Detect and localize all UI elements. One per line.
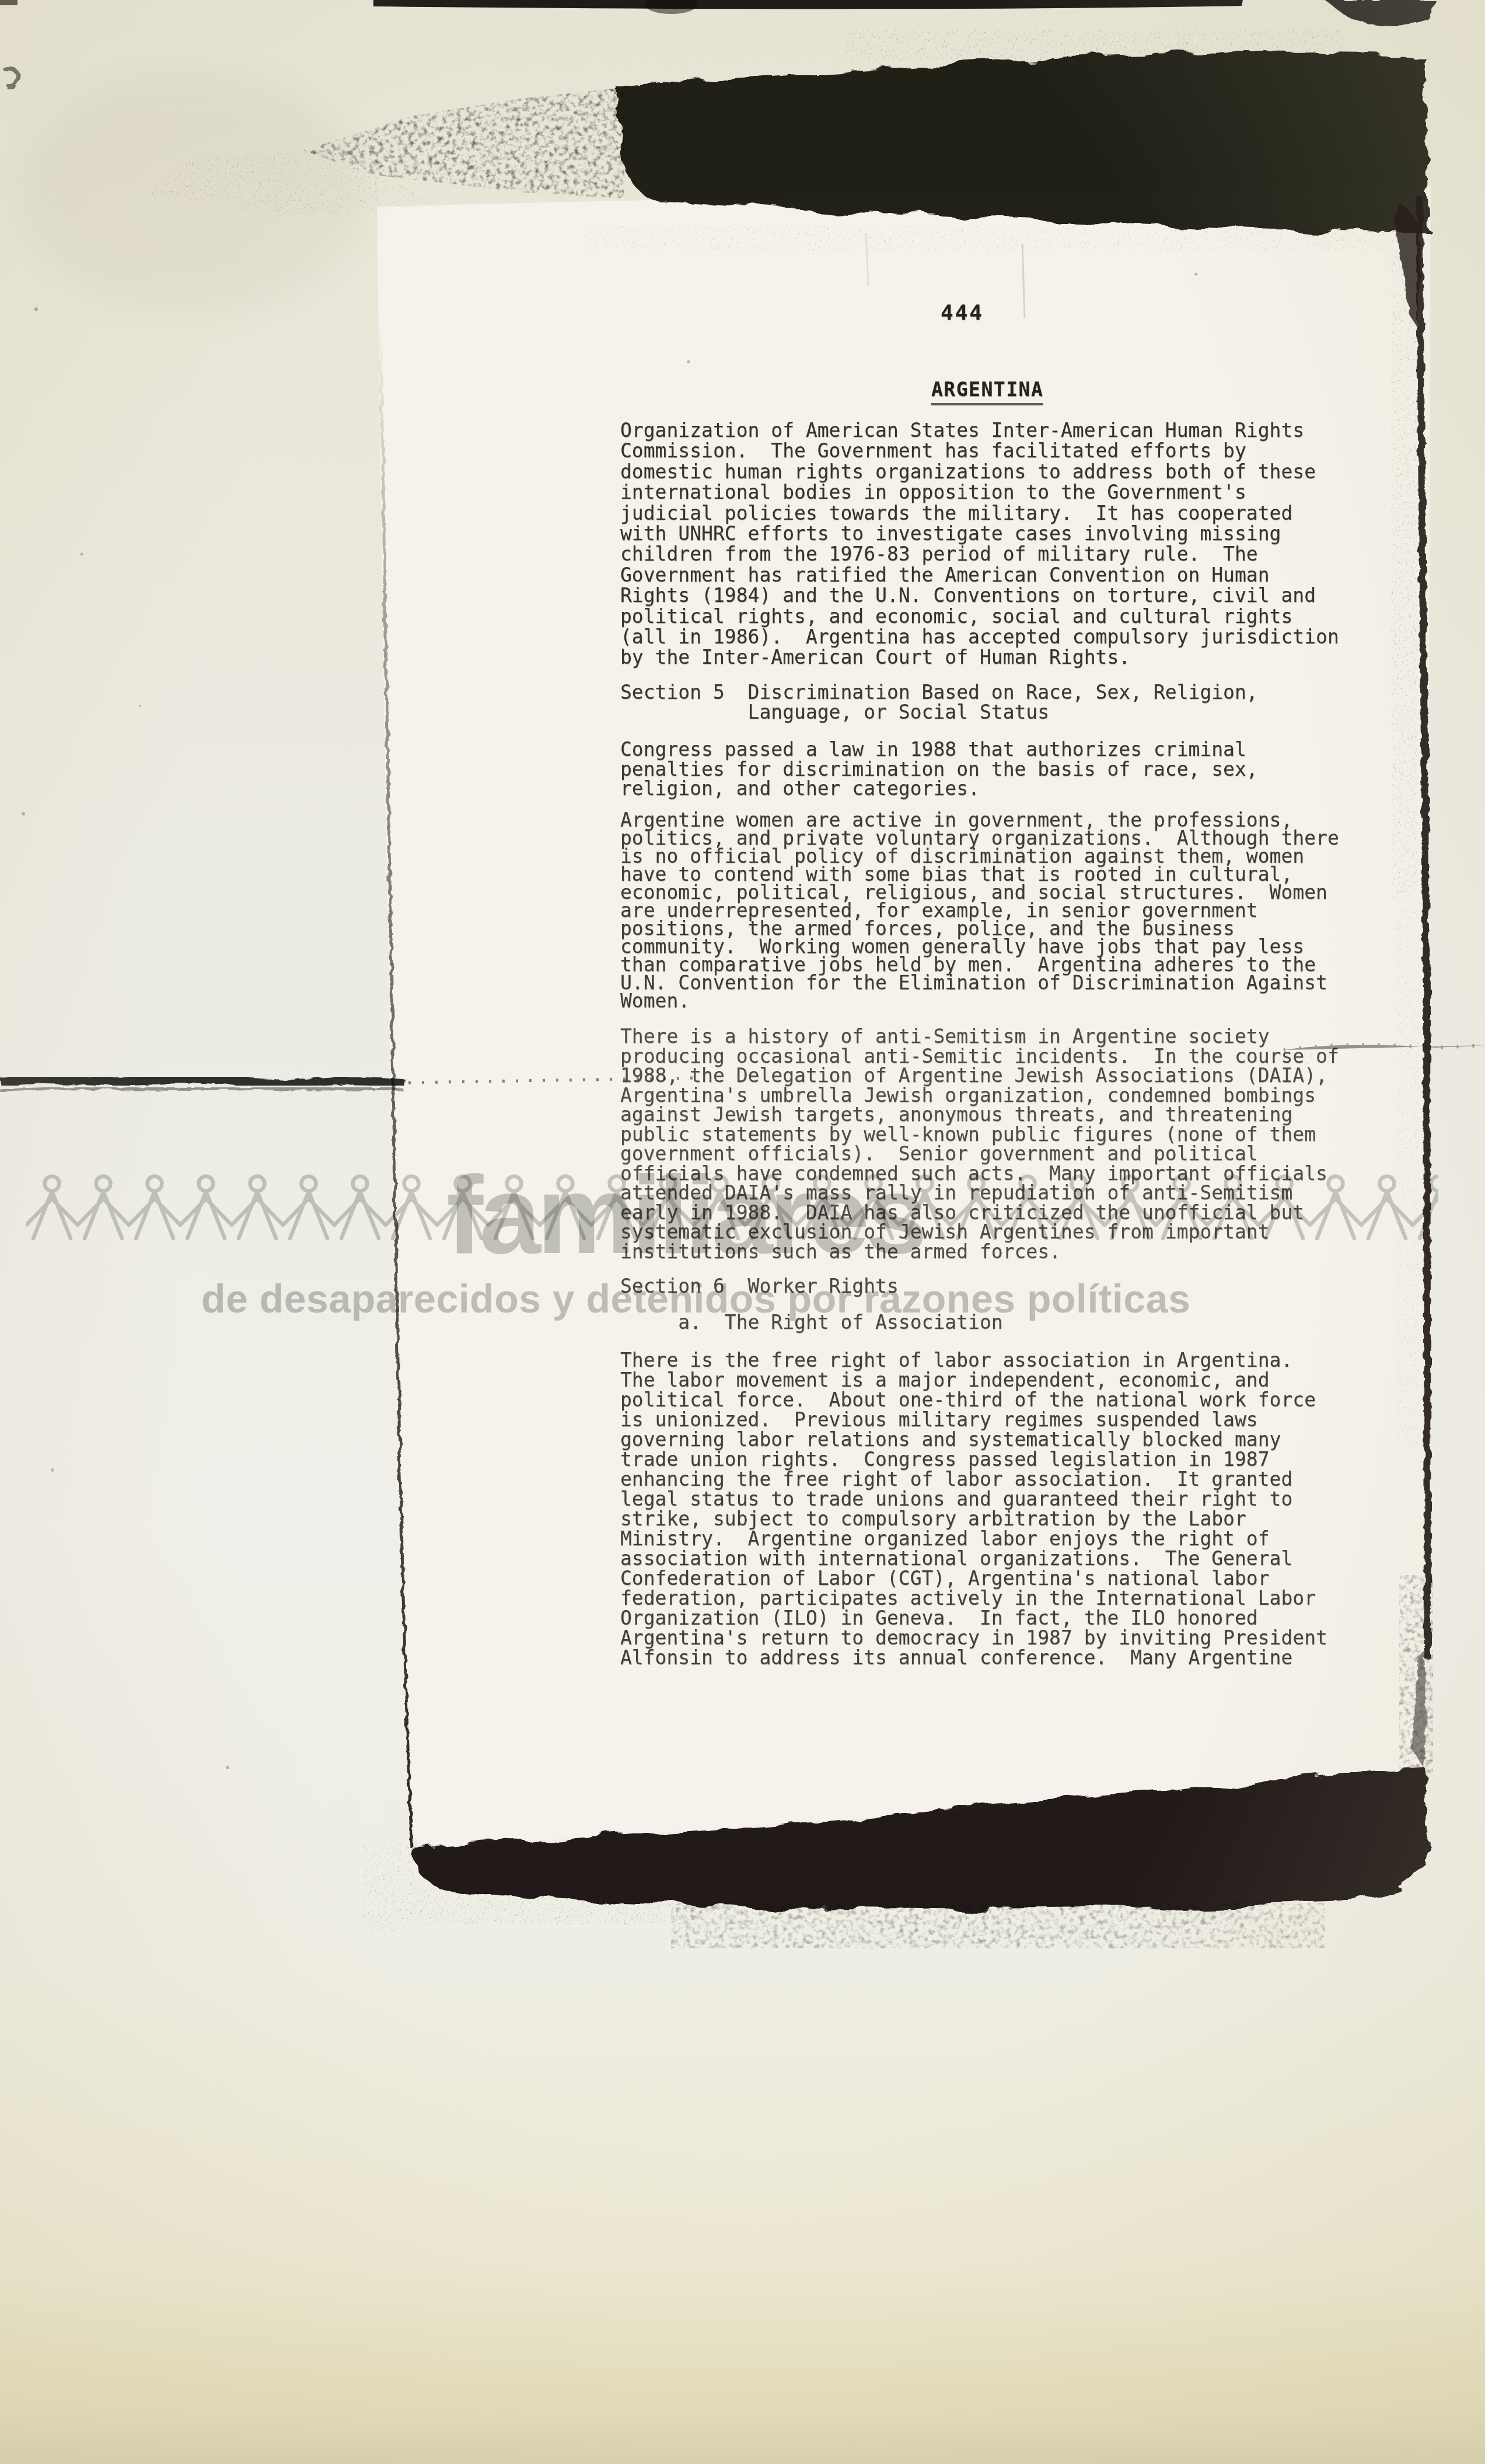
pen-scribble-dotted-trail [408,1078,694,1083]
toner-band-upper-spray [846,30,1342,61]
pen-scribble [0,1079,405,1084]
toner-band-lower-spray [583,226,1389,251]
pen-scribble-under [0,1088,403,1091]
toner-band-top [617,54,1430,232]
scanned-page: 444 ARGENTINA Organization of American S… [0,0,1485,2464]
right-edge-speckle-band-2 [1396,910,1419,1447]
scanner-edge-corner-piece [1325,0,1435,26]
text-smudge [1275,1050,1345,1064]
bottom-band-speckle-left [408,1887,689,1924]
right-margin-smudge-dots [1284,1045,1485,1050]
right-edge-streak [1419,198,1428,1657]
right-edge-speckle-band [1391,210,1417,898]
scanner-edge-blob [645,0,697,14]
left-margin-hook-mark [4,69,19,86]
bottom-band-corner-speckle [363,1843,413,1931]
scanner-edge-top-strip [373,0,1243,9]
dust-specks [22,273,1198,1770]
scanner-edge-left-corner [0,0,18,5]
scan-artifacts [0,0,1485,2464]
bottom-band-speckle-tail [671,1903,1325,1948]
scanned-document-body: { "page": { "number": "444", "title": "A… [0,0,1485,2464]
